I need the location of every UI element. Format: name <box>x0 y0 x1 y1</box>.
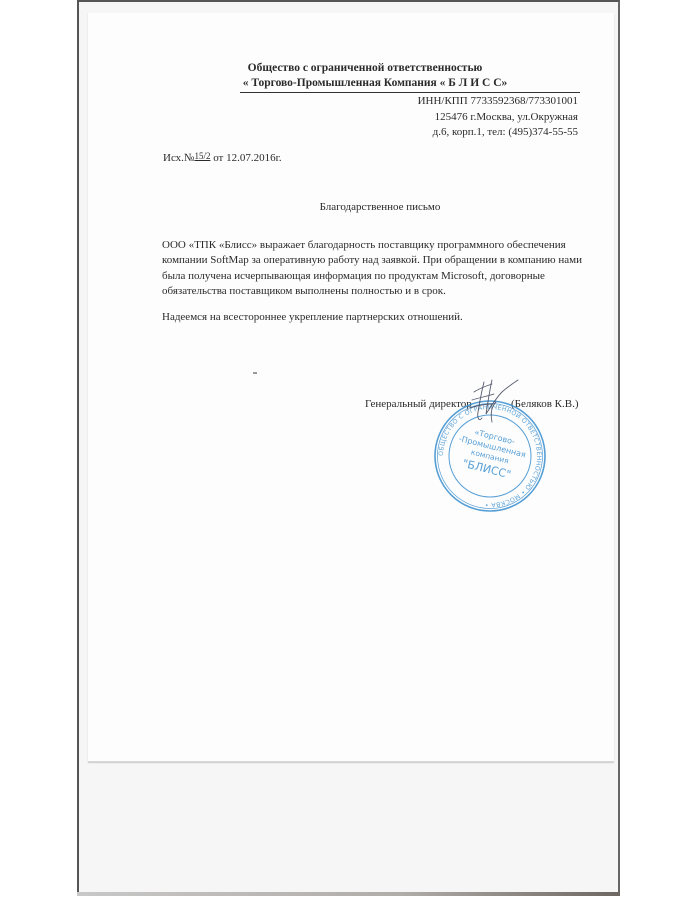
company-name-line1: Общество с ограниченной ответственностью <box>240 62 490 74</box>
header-divider <box>240 92 580 93</box>
body-paragraph-2: Надеемся на всестороннее укрепление парт… <box>162 310 463 325</box>
body-line: была получена исчерпывающая информация п… <box>162 269 582 284</box>
reference-number: 15/2 <box>194 151 210 161</box>
reference-prefix: Исх.№ <box>163 152 194 164</box>
scan-speck <box>253 372 257 374</box>
body-line: обязательства поставщиком выполнены полн… <box>162 284 582 299</box>
signature-icon <box>462 378 522 428</box>
body-line: компании SoftMap за оперативную работу н… <box>162 253 582 268</box>
company-address-line1: 125476 г.Москва, ул.Окружная <box>435 110 578 126</box>
company-inn-kpp: ИНН/КПП 7733592368/773301001 <box>418 94 578 110</box>
outgoing-reference: Исх.№15/2 от 12.07.2016г. <box>163 151 282 164</box>
reference-date: от 12.07.2016г. <box>210 152 281 164</box>
company-name-line2: « Торгово-Промышленная Компания « Б Л И … <box>240 77 510 89</box>
company-address-line2: д.6, корп.1, тел: (495)374-55-55 <box>433 125 578 141</box>
body-paragraph-1: ООО «ТПК «Блисс» выражает благодарность … <box>162 238 582 299</box>
letter-title: Благодарственное письмо <box>290 201 470 213</box>
body-line: ООО «ТПК «Блисс» выражает благодарность … <box>162 238 582 253</box>
scan-edge <box>77 892 620 896</box>
